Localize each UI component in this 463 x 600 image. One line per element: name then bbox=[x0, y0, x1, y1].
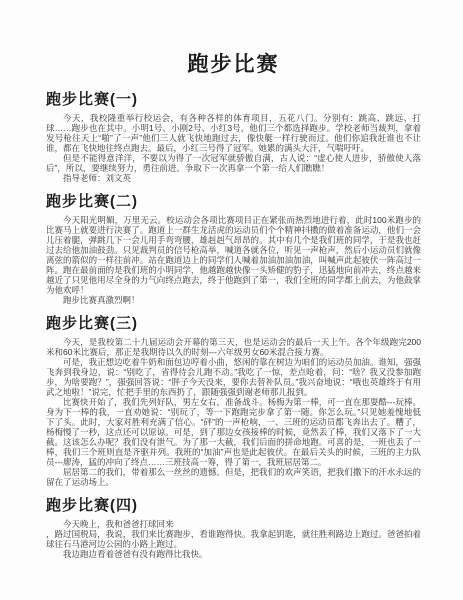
paragraph: ，路过国税局，我说，我们来比赛跑步，看谁跑得快。我拿起钥匙，就往胜利路边上跑过。… bbox=[46, 529, 421, 549]
section-3: 跑步比赛(三) 今天，是我校第二十九届运动会开幕的第三天，也是运动会的最后一天上… bbox=[46, 312, 421, 487]
section-2: 跑步比赛(二) 今天阳光明媚，万里无云。校运动会各项比赛项目正在紧张而热烈地进行… bbox=[46, 190, 421, 305]
paragraph: 但是不能得意洋洋，不要以为得了一次冠军就骄傲自满，古人说：“虚心使人进步，骄傲使… bbox=[46, 153, 421, 173]
paragraph: 今天阳光明媚，万里无云。校运动会各项比赛项目正在紧张而热烈地进行着，此时100米… bbox=[46, 215, 421, 295]
page-title: 跑步比赛 bbox=[46, 48, 421, 78]
paragraph: 今天，是我校第二十九届运动会开幕的第三天，也是运动会的最后一天上午。各个年级跑完… bbox=[46, 337, 421, 357]
paragraph: 跑步比赛真激烈啊！ bbox=[46, 295, 421, 305]
paragraph: 比赛快开始了，我们先列好队，男左女右，准备战斗。杨梅为第一棒，可一直在那耍酷--… bbox=[46, 397, 421, 467]
paragraph: 屈居第二的我们，带着那么一丝丝的遗憾。但是，把我们的欢声笑语，把我们撒下的汗水永… bbox=[46, 467, 421, 487]
paragraph: 今天，我校隆重举行校运会，有各种各样的体育项目，五花八门。分别有：跳高、跳远、打… bbox=[46, 113, 421, 153]
section-1: 跑步比赛(一) 今天，我校隆重举行校运会，有各种各样的体育项目，五花八门。分别有… bbox=[46, 88, 421, 183]
section-4: 跑步比赛(四) 今天晚上，我和爸爸打球回来 ，路过国税局，我说，我们来比赛跑步，… bbox=[46, 494, 421, 559]
paragraph: 今天晚上，我和爸爸打球回来 bbox=[46, 519, 421, 529]
section-1-heading: 跑步比赛(一) bbox=[46, 88, 421, 109]
section-4-heading: 跑步比赛(四) bbox=[46, 494, 421, 515]
paragraph: 可是，我正想边吃着牛奶和面包边哼着小曲，悠闲的靠在树边为咱们的运动员加油。谁知，… bbox=[46, 357, 421, 397]
document-page: 跑步比赛 跑步比赛(一) 今天，我校隆重举行校运会，有各种各样的体育项目，五花八… bbox=[0, 0, 463, 600]
paragraph: 我边跑边看着爸爸有没有跑得比我快。 bbox=[46, 549, 421, 559]
teacher-signature: 指导老师：刘文英 bbox=[46, 173, 421, 183]
section-3-heading: 跑步比赛(三) bbox=[46, 312, 421, 333]
section-2-heading: 跑步比赛(二) bbox=[46, 190, 421, 211]
